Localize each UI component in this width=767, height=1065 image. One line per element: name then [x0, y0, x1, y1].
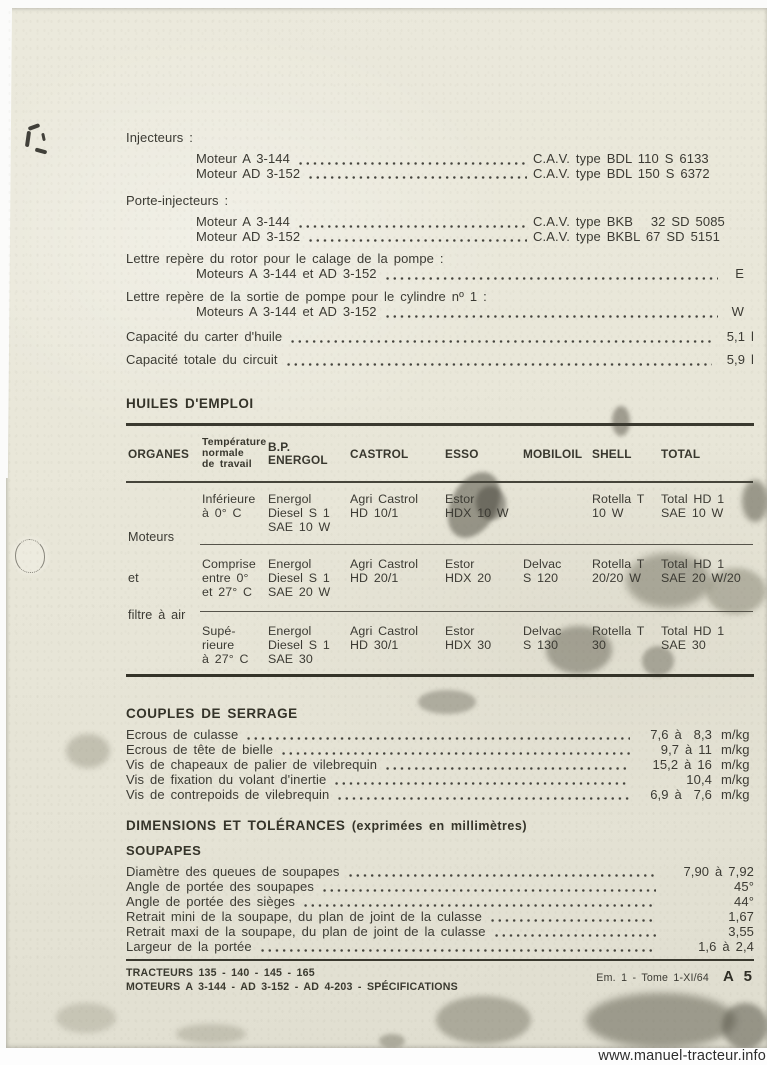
section-title: Lettre repère de la sortie de pompe pour… — [126, 289, 754, 305]
spec-row: Retrait mini de la soupape, du plan de j… — [126, 909, 754, 924]
oils-cell: Estor HDX 10 W — [443, 483, 521, 544]
column-header-total: TOTAL — [659, 426, 753, 483]
oils-cell — [521, 483, 590, 544]
column-header-mobiloil: MOBILOIL — [521, 426, 590, 483]
oils-cell: Agri Castrol HD 20/1 — [348, 544, 443, 611]
spec-value: C.A.V. type BKBL 67 SD 5151 — [533, 230, 754, 245]
spec-value: 45° — [662, 879, 754, 894]
column-header-shell: SHELL — [590, 426, 659, 483]
oils-cell: Delvac S 130 — [521, 611, 590, 674]
oils-cell: Rotella T 10 W — [590, 483, 659, 544]
section-lettre-rotor: Lettre repère du rotor pour le calage de… — [126, 251, 754, 282]
dotted-leader — [336, 797, 630, 800]
spec-label: Capacité totale du circuit — [126, 353, 278, 368]
oils-cell: Estor HDX 30 — [443, 611, 521, 674]
column-header-esso: ESSO — [443, 426, 521, 483]
spec-value: W — [724, 305, 754, 320]
scan-edge — [1, 8, 12, 478]
section-injecteurs: Injecteurs : Moteur A 3-144 C.A.V. type … — [126, 130, 754, 181]
oils-cell: Total HD 1 SAE 20 W/20 — [659, 544, 753, 611]
dotted-leader — [493, 934, 656, 937]
spec-unit: m/kg — [712, 727, 754, 742]
paper-stain — [379, 1034, 405, 1048]
oils-cell: Agri Castrol HD 10/1 — [348, 483, 443, 544]
spec-row: Retrait maxi de la soupape, du plan de j… — [126, 924, 754, 939]
dotted-leader — [384, 767, 630, 770]
spec-row: Angle de portée des sièges 44° — [126, 894, 754, 909]
oils-cell: Supé- rieure à 27° C — [200, 611, 266, 674]
spec-row: Diamètre des queues de soupapes 7,90 à 7… — [126, 864, 754, 879]
column-header-temperature: Température normale de travail — [200, 426, 266, 483]
spec-value: 7,90 à 7,92 — [662, 864, 754, 879]
dotted-leader — [280, 752, 630, 755]
oils-table: ORGANES Température normale de travail B… — [126, 423, 754, 677]
spec-value: C.A.V. type BDL 150 S 6372 — [533, 167, 754, 182]
couples-title: COUPLES DE SERRAGE — [126, 705, 754, 722]
spec-row: Moteurs A 3-144 et AD 3-152 W — [126, 305, 754, 320]
oils-cell: Rotella T 30 — [590, 611, 659, 674]
oils-cell: Agri Castrol HD 30/1 — [348, 611, 443, 674]
organes-label: Moteurs — [128, 530, 174, 544]
spec-row: Angle de portée des soupapes 45° — [126, 879, 754, 894]
oils-cell: Inférieure à 0° C — [200, 483, 266, 544]
spec-unit: m/kg — [712, 772, 754, 787]
column-header-castrol: CASTROL — [348, 426, 443, 483]
dotted-leader — [259, 949, 656, 952]
spec-row: Ecrous de culasse 7,6 à 8,3 m/kg — [126, 727, 754, 742]
spec-label: Angle de portée des soupapes — [126, 879, 314, 894]
oils-cell: Total HD 1 SAE 10 W — [659, 483, 753, 544]
footer-line1: TRACTEURS 135 - 140 - 145 - 165 — [126, 967, 458, 981]
paper-stain — [586, 993, 736, 1048]
section-porte-injecteurs: Porte-injecteurs : Moteur A 3-144 C.A.V.… — [126, 193, 754, 244]
paper-stain — [436, 996, 531, 1044]
spec-row: Moteur AD 3-152 C.A.V. type BDL 150 S 63… — [126, 167, 754, 182]
dotted-leader — [307, 239, 527, 242]
spec-value: E — [724, 267, 754, 282]
spec-row: Vis de contrepoids de vilebrequin 6,9 à … — [126, 787, 754, 802]
spec-label: Moteur AD 3-152 — [196, 167, 300, 182]
spec-label: Vis de contrepoids de vilebrequin — [126, 787, 329, 802]
watermark-text: www.manuel-tracteur.info — [598, 1048, 767, 1065]
dotted-leader — [297, 162, 527, 165]
spec-value: 15,2 à 16 — [636, 757, 712, 772]
spec-row: Moteur AD 3-152 C.A.V. type BKBL 67 SD 5… — [126, 230, 754, 245]
spec-value: 10,4 — [636, 772, 712, 787]
spec-row: Largeur de la portée 1,6 à 2,4 — [126, 939, 754, 954]
spec-label: Largeur de la portée — [126, 939, 252, 954]
spec-row-capacite-circuit: Capacité totale du circuit 5,9 l — [126, 353, 754, 368]
spec-label: Diamètre des queues de soupapes — [126, 864, 340, 879]
spec-row-capacite-carter: Capacité du carter d'huile 5,1 l — [126, 330, 754, 345]
dotted-leader — [245, 737, 630, 740]
footer-line2: MOTEURS A 3-144 - AD 3-152 - AD 4-203 - … — [126, 981, 458, 995]
section-couples: COUPLES DE SERRAGE Ecrous de culasse 7,6… — [126, 705, 754, 802]
spec-label: Angle de portée des sièges — [126, 894, 295, 909]
page-footer: TRACTEURS 135 - 140 - 145 - 165 MOTEURS … — [126, 959, 754, 994]
oils-title: HUILES D'EMPLOI — [126, 395, 754, 412]
footer-edition-block: Em. 1 - Tome 1-XI/64 A 5 — [596, 967, 754, 985]
footer-page-ref: A 5 — [723, 968, 754, 985]
section-dimensions: DIMENSIONS ET TOLÉRANCES (exprimées en m… — [126, 817, 754, 954]
dotted-leader — [321, 889, 656, 892]
organes-cell: Moteurs et filtre à air — [126, 483, 200, 674]
watermark-bar: www.manuel-tracteur.info — [0, 1048, 767, 1065]
spec-label: Retrait maxi de la soupape, du plan de j… — [126, 924, 486, 939]
organes-label: et — [128, 571, 139, 585]
spec-value: 5,1 l — [718, 330, 754, 345]
spec-value: 44° — [662, 894, 754, 909]
section-title: Porte-injecteurs : — [126, 193, 754, 209]
spec-label: Moteurs A 3-144 et AD 3-152 — [196, 267, 377, 282]
oils-cell: Total HD 1 SAE 30 — [659, 611, 753, 674]
oils-cell: Energol Diesel S 1 SAE 20 W — [266, 544, 348, 611]
spec-label: Capacité du carter d'huile — [126, 330, 282, 345]
dotted-leader — [333, 782, 630, 785]
spec-value: 3,55 — [662, 924, 754, 939]
spec-value: 1,6 à 2,4 — [662, 939, 754, 954]
spec-row: Moteur A 3-144 C.A.V. type BDL 110 S 613… — [126, 152, 754, 167]
spec-label: Vis de fixation du volant d'inertie — [126, 772, 326, 787]
section-title: Lettre repère du rotor pour le calage de… — [126, 251, 754, 267]
spec-row: Moteur A 3-144 C.A.V. type BKB 32 SD 508… — [126, 215, 754, 230]
spec-label: Ecrous de tête de bielle — [126, 742, 273, 757]
dotted-leader — [384, 315, 718, 318]
spec-unit: m/kg — [712, 742, 754, 757]
dotted-leader — [489, 919, 656, 922]
spec-row: Vis de chapeaux de palier de vilebrequin… — [126, 757, 754, 772]
paper-stain — [66, 734, 110, 768]
ink-mark — [26, 123, 48, 163]
spec-value: 6,9 à 7,6 — [636, 787, 712, 802]
spec-row: Moteurs A 3-144 et AD 3-152 E — [126, 267, 754, 282]
footer-edition: Em. 1 - Tome 1-XI/64 — [596, 972, 709, 984]
spec-value: C.A.V. type BDL 110 S 6133 — [533, 152, 754, 167]
spec-label: Moteurs A 3-144 et AD 3-152 — [196, 305, 377, 320]
spec-label: Moteur A 3-144 — [196, 152, 290, 167]
dotted-leader — [302, 904, 656, 907]
oils-cell: Rotella T 20/20 W — [590, 544, 659, 611]
oils-cell: Energol Diesel S 1 SAE 30 — [266, 611, 348, 674]
dotted-leader — [285, 363, 712, 366]
spec-value: 7,6 à 8,3 — [636, 727, 712, 742]
spec-label: Vis de chapeaux de palier de vilebrequin — [126, 757, 377, 772]
paper-stain — [722, 1003, 767, 1049]
spec-unit: m/kg — [712, 757, 754, 772]
footer-model-list: TRACTEURS 135 - 140 - 145 - 165 MOTEURS … — [126, 967, 458, 994]
column-header-bp-energol: B.P. ENERGOL — [266, 426, 348, 483]
dimensions-title: DIMENSIONS ET TOLÉRANCES (exprimées en m… — [126, 817, 754, 835]
oils-cell: Estor HDX 20 — [443, 544, 521, 611]
spec-value: 5,9 l — [718, 353, 754, 368]
paper-stain — [56, 1003, 116, 1033]
oils-cell: Delvac S 120 — [521, 544, 590, 611]
dimensions-title-text: DIMENSIONS ET TOLÉRANCES — [126, 818, 345, 833]
dotted-leader — [289, 340, 712, 343]
scanned-manual-page: Injecteurs : Moteur A 3-144 C.A.V. type … — [6, 8, 767, 1048]
section-title: Injecteurs : — [126, 130, 754, 146]
dotted-leader — [347, 874, 656, 877]
spec-label: Moteur A 3-144 — [196, 215, 290, 230]
spec-label: Retrait mini de la soupape, du plan de j… — [126, 909, 482, 924]
spec-row: Vis de fixation du volant d'inertie 10,4… — [126, 772, 754, 787]
paper-tear — [9, 535, 51, 577]
paper-stain — [176, 1024, 246, 1044]
section-lettre-sortie: Lettre repère de la sortie de pompe pour… — [126, 289, 754, 320]
spec-row: Ecrous de tête de bielle 9,7 à 11 m/kg — [126, 742, 754, 757]
oils-cell: Energol Diesel S 1 SAE 10 W — [266, 483, 348, 544]
soupapes-subtitle: SOUPAPES — [126, 842, 754, 859]
spec-value: 9,7 à 11 — [636, 742, 712, 757]
spec-label: Moteur AD 3-152 — [196, 230, 300, 245]
oils-cell: Comprise entre 0° et 27° C — [200, 544, 266, 611]
organes-label: filtre à air — [128, 608, 185, 622]
spec-label: Ecrous de culasse — [126, 727, 238, 742]
dotted-leader — [307, 176, 527, 179]
column-header-organes: ORGANES — [126, 426, 200, 483]
dotted-leader — [384, 277, 718, 280]
dotted-leader — [297, 225, 527, 228]
dimensions-title-suffix: (exprimées en millimètres) — [352, 819, 527, 833]
spec-value: 1,67 — [662, 909, 754, 924]
spec-value: C.A.V. type BKB 32 SD 5085 — [533, 215, 754, 230]
spec-unit: m/kg — [712, 787, 754, 802]
